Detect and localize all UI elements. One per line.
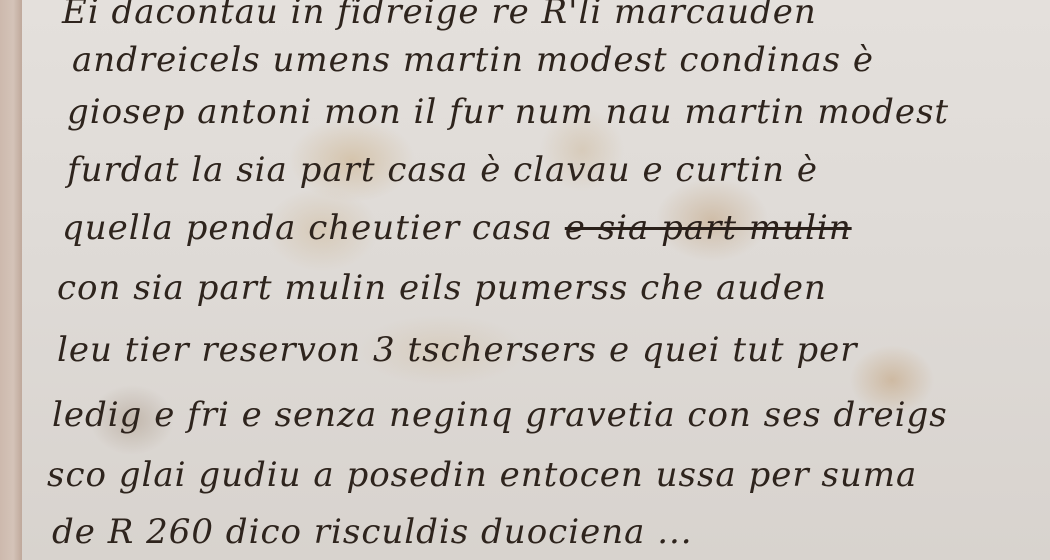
manuscript-line-5: quella penda cheutier casa e sia part mu… — [62, 208, 852, 248]
page-margin-edge — [0, 0, 22, 560]
manuscript-line-2: andreicels umens martin modest condinas … — [72, 40, 874, 80]
struck-through-text: e sia part mulin — [565, 208, 852, 248]
line-5-text: quella penda cheutier casa — [62, 208, 553, 248]
manuscript-line-1: Ei dacontau in fidreige re R'li marcaude… — [62, 0, 817, 32]
manuscript-line-6: con sia part mulin eils pumerss che aude… — [57, 268, 827, 308]
manuscript-line-4: furdat la sia part casa è clavau e curti… — [67, 150, 818, 190]
manuscript-line-9: sco glai gudiu a posedin entocen ussa pe… — [47, 455, 917, 495]
manuscript-line-10: de R 260 dico risculdis duociena ... — [52, 512, 693, 552]
manuscript-line-3: giosep antoni mon il fur num nau martin … — [67, 92, 949, 132]
manuscript-line-8: ledig e fri e senza neginq gravetia con … — [52, 395, 948, 435]
manuscript-page: Ei dacontau in fidreige re R'li marcaude… — [22, 0, 1050, 560]
manuscript-line-7: leu tier reservon 3 tschersers e quei tu… — [57, 330, 858, 370]
